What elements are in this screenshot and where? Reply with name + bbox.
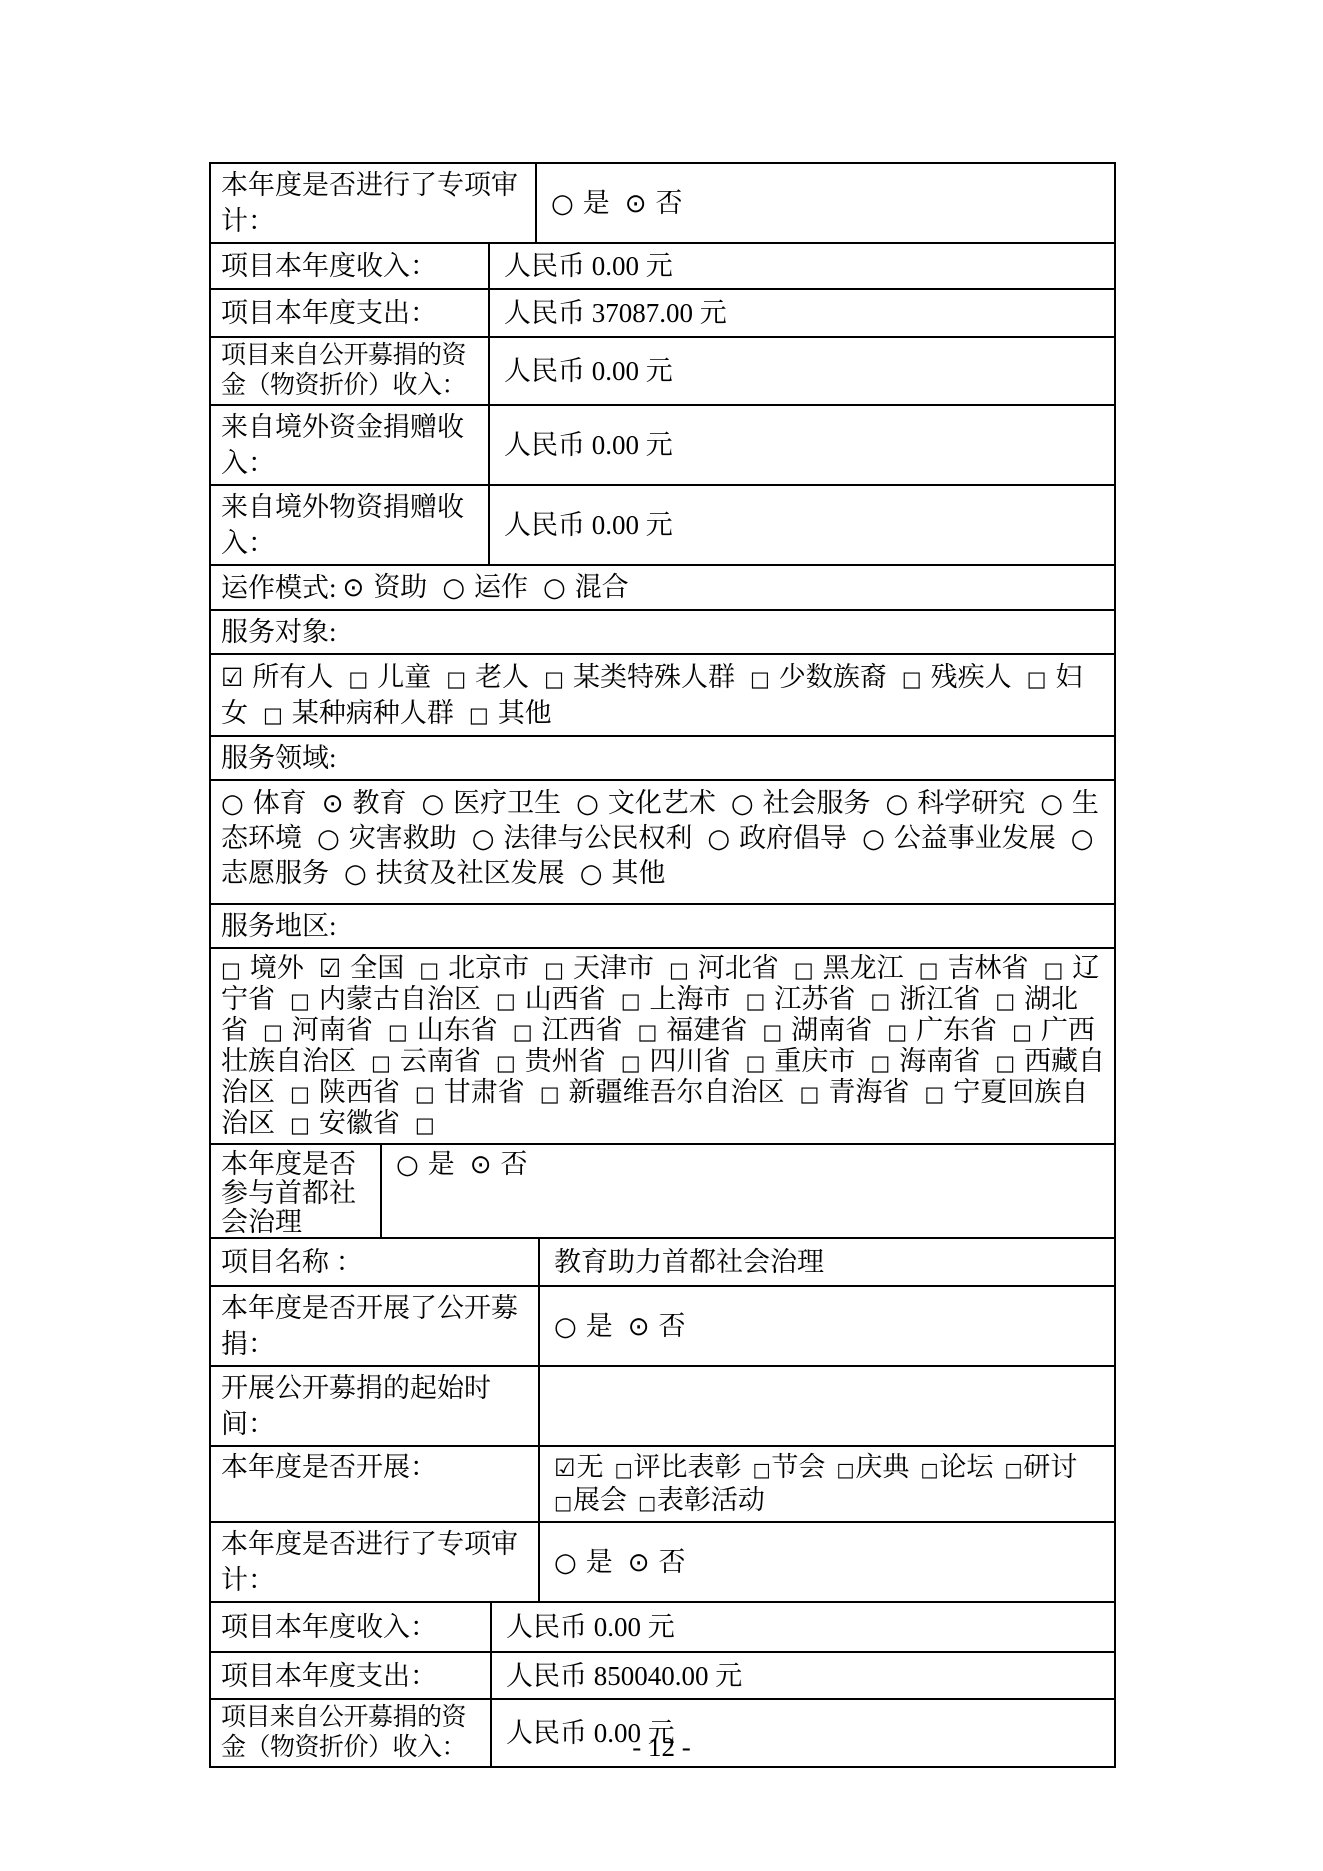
checkbox-option: □青海省 bbox=[800, 1077, 910, 1107]
checkbox-option: ☑无 bbox=[554, 1452, 604, 1482]
box-unchecked-icon: □ bbox=[800, 1082, 820, 1106]
radio-option: ○社会服务 bbox=[731, 788, 871, 818]
radio-on-icon: ⊙ bbox=[628, 1548, 650, 1578]
option-label: 公益事业发展 bbox=[894, 823, 1056, 853]
checkbox-option: □海南省 bbox=[870, 1046, 980, 1076]
box-unchecked-icon: □ bbox=[1012, 1020, 1032, 1044]
radio-off-icon: ○ bbox=[1040, 789, 1063, 819]
option-label: 其他 bbox=[611, 858, 665, 888]
checkbox-option: ☑全国 bbox=[319, 953, 404, 983]
option-label: 江西省 bbox=[542, 1015, 623, 1045]
row-capital-governance: 本年度是否参与首都社会治理 ○是⊙否 bbox=[211, 1145, 1114, 1242]
checkbox-group: □境外☑全国□北京市□天津市□河北省□黑龙江□吉林省□辽宁省□内蒙古自治区□山西… bbox=[211, 949, 1114, 1143]
box-checked-icon: ☑ bbox=[554, 1454, 576, 1482]
box-unchecked-icon: □ bbox=[388, 1020, 408, 1044]
option-label: 是 bbox=[583, 188, 610, 218]
box-unchecked-icon: □ bbox=[419, 958, 439, 982]
option-label: 文化艺术 bbox=[608, 788, 716, 818]
option-label: 江苏省 bbox=[774, 984, 855, 1014]
radio-off-icon: ○ bbox=[396, 1150, 419, 1180]
option-label: 残疾人 bbox=[931, 662, 1012, 692]
page-number: - 12 - bbox=[0, 1732, 1323, 1763]
option-label: 北京市 bbox=[448, 953, 529, 983]
box-unchecked-icon: □ bbox=[762, 1020, 782, 1044]
radio-on-icon: ⊙ bbox=[628, 1312, 650, 1342]
radio-group: ○是⊙否 bbox=[551, 185, 682, 222]
row-service-field-options: ○体育⊙教育○医疗卫生○文化艺术○社会服务○科学研究○生态环境○灾害救助○法律与… bbox=[211, 781, 1114, 905]
box-unchecked-icon: □ bbox=[415, 1082, 435, 1106]
operation-mode-cell: 运作模式: ⊙资助○运作○混合 bbox=[211, 566, 1114, 609]
checkbox-option: □河北省 bbox=[669, 953, 779, 983]
checkbox-option: □甘肃省 bbox=[415, 1077, 525, 1107]
checkbox-option: □境外 bbox=[221, 953, 304, 983]
option-label: 政府倡导 bbox=[739, 823, 847, 853]
option-label: 社会服务 bbox=[763, 788, 871, 818]
row-label: 开展公开募捐的起始时间： bbox=[211, 1367, 540, 1445]
checkbox-option: □节会 bbox=[752, 1452, 825, 1482]
checkbox-option: □儿童 bbox=[348, 662, 431, 692]
option-label: 运作 bbox=[474, 572, 528, 602]
row-label: 本年度是否开展： bbox=[211, 1447, 540, 1521]
box-unchecked-icon: □ bbox=[615, 1459, 633, 1481]
radio-off-icon: ○ bbox=[707, 824, 730, 854]
radio-option: ○文化艺术 bbox=[576, 788, 716, 818]
box-unchecked-icon: □ bbox=[638, 1020, 658, 1044]
box-unchecked-icon: □ bbox=[794, 958, 814, 982]
option-label: 浙江省 bbox=[899, 984, 980, 1014]
box-unchecked-icon: □ bbox=[621, 989, 641, 1013]
box-unchecked-icon: □ bbox=[1027, 667, 1047, 691]
radio-off-icon: ○ bbox=[580, 859, 603, 889]
option-label: 无 bbox=[577, 1452, 604, 1482]
checkbox-option: ☑所有人 bbox=[221, 662, 333, 692]
radio-option: ⊙教育 bbox=[322, 788, 407, 818]
radio-option: ○体育 bbox=[221, 788, 307, 818]
option-label: 表彰活动 bbox=[657, 1485, 765, 1515]
box-unchecked-icon: □ bbox=[496, 1051, 516, 1075]
option-label: 境外 bbox=[250, 953, 304, 983]
option-label: 否 bbox=[658, 1311, 685, 1341]
row-value: ○是⊙否 bbox=[540, 1523, 1114, 1601]
checkbox-option: □河南省 bbox=[263, 1015, 373, 1045]
option-label: 法律与公民权利 bbox=[503, 823, 692, 853]
option-label: 新疆维吾尔自治区 bbox=[569, 1077, 785, 1107]
row-public-fundraising-income: 项目来自公开募捐的资金（物资折价）收入： 人民币 0.00 元 bbox=[211, 338, 1114, 406]
radio-off-icon: ○ bbox=[731, 789, 754, 819]
row-label: 本年度是否参与首都社会治理 bbox=[211, 1145, 382, 1240]
option-label: 黑龙江 bbox=[823, 953, 904, 983]
option-label: 医疗卫生 bbox=[453, 788, 561, 818]
row-label: 来自境外资金捐赠收入： bbox=[211, 406, 490, 484]
radio-group: ○体育⊙教育○医疗卫生○文化艺术○社会服务○科学研究○生态环境○灾害救助○法律与… bbox=[211, 781, 1114, 903]
row-label: 项目本年度收入： bbox=[211, 1603, 492, 1651]
option-label: 陕西省 bbox=[319, 1077, 400, 1107]
box-unchecked-icon: □ bbox=[902, 667, 922, 691]
radio-option: ⊙资助 bbox=[343, 572, 428, 602]
section-label: 服务领域: bbox=[211, 737, 1114, 779]
row-label: 项目本年度支出： bbox=[211, 290, 490, 336]
option-label: 否 bbox=[500, 1149, 527, 1179]
row-label: 本年度是否进行了专项审计： bbox=[211, 1523, 540, 1601]
radio-option: ○法律与公民权利 bbox=[472, 823, 693, 853]
box-unchecked-icon: □ bbox=[870, 989, 890, 1013]
option-label: 某类特殊人群 bbox=[573, 662, 735, 692]
row-annual-expense: 项目本年度支出： 人民币 850040.00 元 bbox=[211, 1653, 1114, 1700]
option-label: 少数族裔 bbox=[779, 662, 887, 692]
row-service-field-header: 服务领域: bbox=[211, 737, 1114, 781]
option-label: 云南省 bbox=[400, 1046, 481, 1076]
radio-option: ⊙否 bbox=[470, 1149, 528, 1179]
option-label: 是 bbox=[586, 1311, 613, 1341]
checkbox-option: □陕西省 bbox=[290, 1077, 400, 1107]
row-value: 人民币 0.00 元 bbox=[492, 1603, 1114, 1651]
row-label: 本年度是否开展了公开募捐： bbox=[211, 1287, 540, 1365]
row-label: 项目本年度收入： bbox=[211, 244, 490, 288]
option-label: 科学研究 bbox=[917, 788, 1025, 818]
radio-option: ○是 bbox=[551, 188, 610, 218]
checkbox-option: □黑龙江 bbox=[794, 953, 904, 983]
row-label: 本年度是否进行了专项审计： bbox=[211, 164, 537, 242]
option-label: 其他 bbox=[498, 698, 552, 728]
section-label: 服务地区: bbox=[211, 905, 1114, 947]
option-label: 四川省 bbox=[650, 1046, 731, 1076]
radio-off-icon: ○ bbox=[317, 824, 340, 854]
row-label: 项目本年度支出： bbox=[211, 1653, 492, 1698]
checkbox-option: □吉林省 bbox=[919, 953, 1029, 983]
option-label: 灾害救助 bbox=[349, 823, 457, 853]
checkbox-option: □天津市 bbox=[544, 953, 654, 983]
box-unchecked-icon: □ bbox=[870, 1051, 890, 1075]
row-annual-expense: 项目本年度支出： 人民币 37087.00 元 bbox=[211, 290, 1114, 338]
option-label: 混合 bbox=[575, 572, 629, 602]
row-public-fundraising: 本年度是否开展了公开募捐： ○是⊙否 bbox=[211, 1287, 1114, 1367]
radio-off-icon: ○ bbox=[554, 1548, 577, 1578]
radio-off-icon: ○ bbox=[543, 573, 566, 603]
option-label: 某种病种人群 bbox=[292, 698, 454, 728]
option-label: 所有人 bbox=[252, 662, 333, 692]
checkbox-option: □江西省 bbox=[513, 1015, 623, 1045]
option-label: 山东省 bbox=[417, 1015, 498, 1045]
option-label: 湖南省 bbox=[791, 1015, 872, 1045]
option-label: 儿童 bbox=[377, 662, 431, 692]
option-label: 论坛 bbox=[939, 1452, 993, 1482]
checkbox-option: □内蒙古自治区 bbox=[290, 984, 481, 1014]
option-label: 扶贫及社区发展 bbox=[376, 858, 565, 888]
checkbox-option: □论坛 bbox=[920, 1452, 993, 1482]
radio-group: ⊙资助○运作○混合 bbox=[343, 569, 629, 606]
option-label: 老人 bbox=[475, 662, 529, 692]
radio-option: ○是 bbox=[554, 1547, 613, 1577]
checkbox-option: □安徽省 bbox=[290, 1108, 400, 1138]
section-label: 运作模式: bbox=[221, 570, 337, 606]
option-label: 否 bbox=[658, 1547, 685, 1577]
row-value: 人民币 850040.00 元 bbox=[492, 1653, 1114, 1698]
box-unchecked-icon: □ bbox=[544, 958, 564, 982]
option-label: 否 bbox=[655, 188, 682, 218]
row-value: ○是⊙否 bbox=[382, 1145, 1114, 1240]
radio-option: ○公益事业发展 bbox=[862, 823, 1056, 853]
radio-option: ○灾害救助 bbox=[317, 823, 457, 853]
row-service-target-options: ☑所有人□儿童□老人□某类特殊人群□少数族裔□残疾人□妇女□某种病种人群□其他 bbox=[211, 655, 1114, 737]
box-unchecked-icon: □ bbox=[513, 1020, 533, 1044]
section-label: 服务对象: bbox=[211, 611, 1114, 653]
radio-group: ○是⊙否 bbox=[554, 1308, 685, 1345]
radio-option: ○科学研究 bbox=[886, 788, 1026, 818]
radio-off-icon: ○ bbox=[576, 789, 599, 819]
box-unchecked-icon: □ bbox=[750, 667, 770, 691]
project-table-1: 本年度是否进行了专项审计： ○是⊙否 项目本年度收入： 人民币 0.00 元 项… bbox=[209, 162, 1116, 1407]
row-value: 人民币 37087.00 元 bbox=[490, 290, 1114, 336]
row-annual-audit: 本年度是否进行了专项审计： ○是⊙否 bbox=[211, 1523, 1114, 1603]
checkbox-option: □广东省 bbox=[887, 1015, 997, 1045]
row-overseas-fund-donation: 来自境外资金捐赠收入： 人民币 0.00 元 bbox=[211, 406, 1114, 486]
option-label: 是 bbox=[586, 1547, 613, 1577]
checkbox-option: □表彰活动 bbox=[638, 1485, 765, 1515]
row-value: ○是⊙否 bbox=[540, 1287, 1114, 1365]
radio-group: ○是⊙否 bbox=[396, 1150, 527, 1180]
radio-off-icon: ○ bbox=[442, 573, 465, 603]
box-unchecked-icon: □ bbox=[496, 989, 516, 1013]
row-value: 人民币 0.00 元 bbox=[490, 406, 1114, 484]
checkbox-option: □山西省 bbox=[496, 984, 606, 1014]
row-value-empty bbox=[540, 1367, 1114, 1445]
row-service-area-options: □境外☑全国□北京市□天津市□河北省□黑龙江□吉林省□辽宁省□内蒙古自治区□山西… bbox=[211, 949, 1114, 1145]
radio-option: ⊙否 bbox=[625, 188, 683, 218]
checkbox-option: □上海市 bbox=[621, 984, 731, 1014]
radio-option: ○是 bbox=[554, 1311, 613, 1341]
checkbox-option: □其他 bbox=[469, 698, 552, 728]
box-unchecked-icon: □ bbox=[290, 989, 310, 1013]
radio-option: ○运作 bbox=[442, 572, 528, 602]
row-overseas-material-donation: 来自境外物资捐赠收入： 人民币 0.00 元 bbox=[211, 486, 1114, 566]
option-label: 河北省 bbox=[698, 953, 779, 983]
radio-off-icon: ○ bbox=[472, 824, 495, 854]
option-label: 甘肃省 bbox=[444, 1077, 525, 1107]
checkbox-option: □云南省 bbox=[371, 1046, 481, 1076]
option-label: 内蒙古自治区 bbox=[319, 984, 481, 1014]
row-value: 人民币 0.00 元 bbox=[490, 244, 1114, 288]
box-unchecked-icon: □ bbox=[924, 1082, 944, 1106]
row-value: 人民币 0.00 元 bbox=[490, 486, 1114, 564]
row-annual-audit: 本年度是否进行了专项审计： ○是⊙否 bbox=[211, 164, 1114, 244]
row-value: ○是⊙否 bbox=[537, 164, 1114, 242]
checkbox-option: □庆典 bbox=[836, 1452, 909, 1482]
radio-off-icon: ○ bbox=[862, 824, 885, 854]
radio-option: ○扶贫及社区发展 bbox=[344, 858, 565, 888]
radio-off-icon: ○ bbox=[886, 789, 909, 819]
box-checked-icon: ☑ bbox=[319, 954, 341, 983]
option-label: 评比表彰 bbox=[633, 1452, 741, 1482]
option-label: 河南省 bbox=[292, 1015, 373, 1045]
box-unchecked-icon: □ bbox=[263, 1020, 283, 1044]
box-unchecked-icon: □ bbox=[638, 1492, 656, 1514]
box-unchecked-icon: □ bbox=[415, 1113, 435, 1137]
box-unchecked-icon: □ bbox=[544, 667, 564, 691]
option-label: 体育 bbox=[253, 788, 307, 818]
row-annual-income: 项目本年度收入： 人民币 0.00 元 bbox=[211, 244, 1114, 290]
box-unchecked-icon: □ bbox=[746, 1051, 766, 1075]
row-fundraising-start-time: 开展公开募捐的起始时间： bbox=[211, 1367, 1114, 1447]
radio-option: ○其他 bbox=[580, 858, 666, 888]
radio-option: ○是 bbox=[396, 1149, 455, 1179]
checkbox-option: □展会 bbox=[554, 1485, 627, 1515]
checkbox-option: □老人 bbox=[446, 662, 529, 692]
box-unchecked-icon: □ bbox=[371, 1051, 391, 1075]
box-unchecked-icon: □ bbox=[1004, 1459, 1022, 1481]
checkbox-option: □四川省 bbox=[621, 1046, 731, 1076]
box-unchecked-icon: □ bbox=[554, 1492, 572, 1514]
row-activities: 本年度是否开展： ☑无□评比表彰□节会□庆典□论坛□研讨□展会□表彰活动 bbox=[211, 1447, 1114, 1523]
box-unchecked-icon: □ bbox=[752, 1459, 770, 1481]
option-label: 广东省 bbox=[916, 1015, 997, 1045]
row-label: 来自境外物资捐赠收入： bbox=[211, 486, 490, 564]
checkbox-option: □湖南省 bbox=[762, 1015, 872, 1045]
option-label: 研讨 bbox=[1023, 1452, 1077, 1482]
checkbox-option: □江苏省 bbox=[746, 984, 856, 1014]
option-label: 全国 bbox=[350, 953, 404, 983]
option-label: 海南省 bbox=[899, 1046, 980, 1076]
checkbox-option: □某种病种人群 bbox=[263, 698, 454, 728]
checkbox-option: □某类特殊人群 bbox=[544, 662, 735, 692]
option-label: 山西省 bbox=[525, 984, 606, 1014]
row-service-area-header: 服务地区: bbox=[211, 905, 1114, 949]
box-unchecked-icon: □ bbox=[621, 1051, 641, 1075]
box-unchecked-icon: □ bbox=[746, 989, 766, 1013]
option-label: 青海省 bbox=[828, 1077, 909, 1107]
box-unchecked-icon: □ bbox=[221, 958, 241, 982]
row-annual-income: 项目本年度收入： 人民币 0.00 元 bbox=[211, 1603, 1114, 1653]
row-value: 人民币 0.00 元 bbox=[490, 338, 1114, 404]
row-label: 项目来自公开募捐的资金（物资折价）收入： bbox=[211, 338, 490, 404]
checkbox-option: □少数族裔 bbox=[750, 662, 887, 692]
box-unchecked-icon: □ bbox=[920, 1459, 938, 1481]
checkbox-option: □浙江省 bbox=[870, 984, 980, 1014]
box-unchecked-icon: □ bbox=[540, 1082, 560, 1106]
box-unchecked-icon: □ bbox=[290, 1113, 310, 1137]
box-unchecked-icon: □ bbox=[469, 703, 489, 727]
box-unchecked-icon: □ bbox=[290, 1082, 310, 1106]
option-label: 庆典 bbox=[855, 1452, 909, 1482]
option-label: 教育 bbox=[352, 788, 406, 818]
option-label: 展会 bbox=[573, 1485, 627, 1515]
checkbox-option: □ bbox=[415, 1108, 444, 1138]
checkbox-option: □新疆维吾尔自治区 bbox=[540, 1077, 785, 1107]
checkbox-option: □重庆市 bbox=[746, 1046, 856, 1076]
box-unchecked-icon: □ bbox=[919, 958, 939, 982]
radio-option: ○政府倡导 bbox=[707, 823, 847, 853]
radio-on-icon: ⊙ bbox=[470, 1150, 492, 1180]
radio-off-icon: ○ bbox=[221, 789, 244, 819]
radio-off-icon: ○ bbox=[551, 189, 574, 219]
row-project-name: 项目名称 ： 教育助力首都社会治理 bbox=[211, 1239, 1114, 1287]
checkbox-option: □残疾人 bbox=[902, 662, 1012, 692]
row-service-target-header: 服务对象: bbox=[211, 611, 1114, 655]
radio-group: ○是⊙否 bbox=[554, 1544, 685, 1581]
option-label: 吉林省 bbox=[947, 953, 1028, 983]
box-unchecked-icon: □ bbox=[348, 667, 368, 691]
box-unchecked-icon: □ bbox=[263, 703, 283, 727]
project-table-2: 项目名称 ： 教育助力首都社会治理 本年度是否开展了公开募捐： ○是⊙否 开展公… bbox=[209, 1237, 1116, 1768]
option-label: 节会 bbox=[771, 1452, 825, 1482]
box-unchecked-icon: □ bbox=[1043, 958, 1063, 982]
option-label: 是 bbox=[428, 1149, 455, 1179]
radio-off-icon: ○ bbox=[554, 1312, 577, 1342]
option-label: 天津市 bbox=[573, 953, 654, 983]
box-unchecked-icon: □ bbox=[669, 958, 689, 982]
option-label: 重庆市 bbox=[774, 1046, 855, 1076]
project-name-value: 教育助力首都社会治理 bbox=[540, 1239, 1114, 1285]
radio-on-icon: ⊙ bbox=[625, 189, 647, 219]
box-checked-icon: ☑ bbox=[221, 663, 243, 692]
row-label: 项目名称 ： bbox=[211, 1239, 540, 1285]
option-label: 志愿服务 bbox=[221, 858, 329, 888]
radio-off-icon: ○ bbox=[1071, 824, 1094, 854]
radio-off-icon: ○ bbox=[421, 789, 444, 819]
box-unchecked-icon: □ bbox=[887, 1020, 907, 1044]
option-label: 福建省 bbox=[666, 1015, 747, 1045]
radio-off-icon: ○ bbox=[344, 859, 367, 889]
checkbox-option: □研讨 bbox=[1004, 1452, 1077, 1482]
radio-option: ⊙否 bbox=[628, 1311, 686, 1341]
checkbox-option: □贵州省 bbox=[496, 1046, 606, 1076]
radio-on-icon: ⊙ bbox=[343, 573, 365, 603]
option-label: 上海市 bbox=[650, 984, 731, 1014]
checkbox-group: ☑所有人□儿童□老人□某类特殊人群□少数族裔□残疾人□妇女□某种病种人群□其他 bbox=[211, 655, 1114, 735]
checkbox-group: ☑无□评比表彰□节会□庆典□论坛□研讨□展会□表彰活动 bbox=[540, 1447, 1114, 1521]
option-label: 资助 bbox=[373, 572, 427, 602]
radio-option: ○医疗卫生 bbox=[421, 788, 561, 818]
checkbox-option: □北京市 bbox=[419, 953, 529, 983]
radio-option: ○混合 bbox=[543, 572, 629, 602]
checkbox-option: □山东省 bbox=[388, 1015, 498, 1045]
document-page: 本年度是否进行了专项审计： ○是⊙否 项目本年度收入： 人民币 0.00 元 项… bbox=[0, 0, 1323, 1871]
checkbox-option: □评比表彰 bbox=[615, 1452, 742, 1482]
radio-option: ⊙否 bbox=[628, 1547, 686, 1577]
box-unchecked-icon: □ bbox=[836, 1459, 854, 1481]
box-unchecked-icon: □ bbox=[446, 667, 466, 691]
option-label: 安徽省 bbox=[319, 1108, 400, 1138]
checkbox-option: □福建省 bbox=[638, 1015, 748, 1045]
box-unchecked-icon: □ bbox=[995, 989, 1015, 1013]
box-unchecked-icon: □ bbox=[995, 1051, 1015, 1075]
option-label: 贵州省 bbox=[525, 1046, 606, 1076]
radio-on-icon: ⊙ bbox=[322, 789, 344, 819]
row-operation-mode: 运作模式: ⊙资助○运作○混合 bbox=[211, 566, 1114, 611]
